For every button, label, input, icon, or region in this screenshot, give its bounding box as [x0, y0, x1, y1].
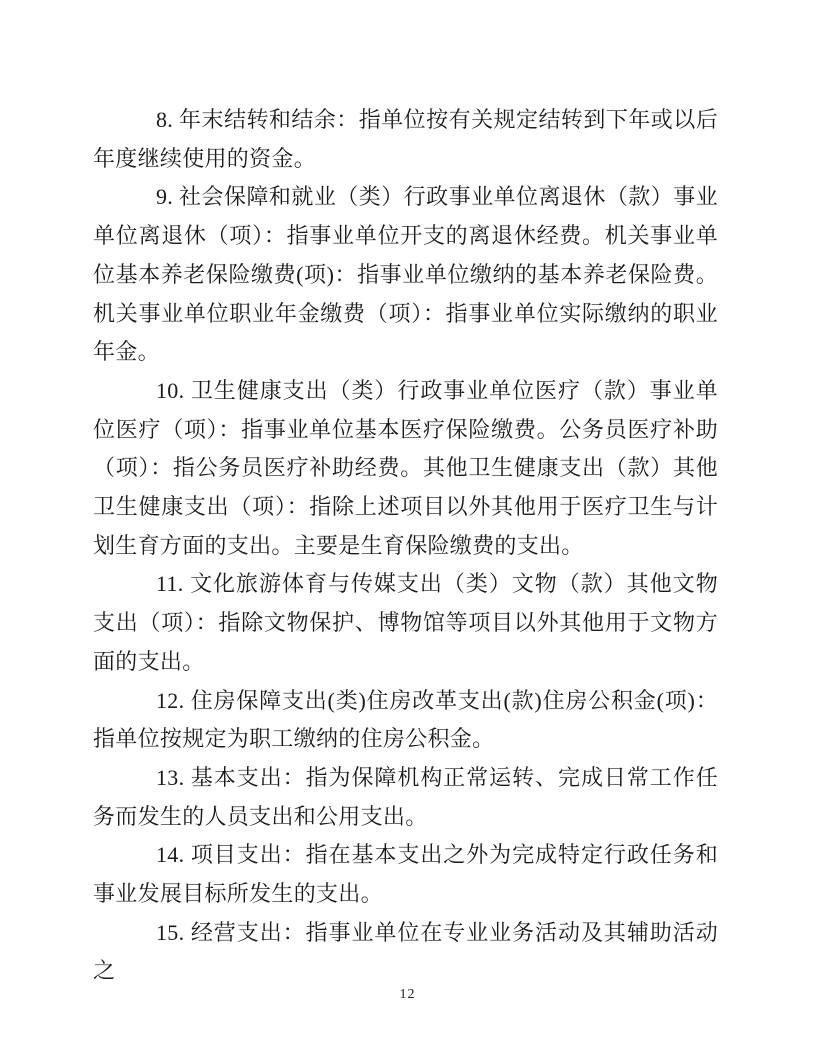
document-page: 8. 年末结转和结余：指单位按有关规定结转到下年或以后年度继续使用的资金。 9.… — [0, 0, 815, 1055]
paragraph-item-8: 8. 年末结转和结余：指单位按有关规定结转到下年或以后年度继续使用的资金。 — [93, 101, 718, 178]
document-body: 8. 年末结转和结余：指单位按有关规定结转到下年或以后年度继续使用的资金。 9.… — [93, 101, 718, 991]
page-number: 12 — [400, 987, 416, 1002]
paragraph-item-15: 15. 经营支出：指事业单位在专业业务活动及其辅助活动之 — [93, 914, 718, 991]
paragraph-item-13: 13. 基本支出：指为保障机构正常运转、完成日常工作任务而发生的人员支出和公用支… — [93, 759, 718, 836]
paragraph-item-14: 14. 项目支出：指在基本支出之外为完成特定行政任务和事业发展目标所发生的支出。 — [93, 836, 718, 913]
page-footer: 12 — [0, 985, 815, 1003]
paragraph-item-9: 9. 社会保障和就业（类）行政事业单位离退休（款）事业单位离退休（项）：指事业单… — [93, 178, 718, 372]
paragraph-item-12: 12. 住房保障支出(类)住房改革支出(款)住房公积金(项)：指单位按规定为职工… — [93, 682, 718, 759]
paragraph-item-10: 10. 卫生健康支出（类）行政事业单位医疗（款）事业单位医疗（项）：指事业单位基… — [93, 372, 718, 566]
paragraph-item-11: 11. 文化旅游体育与传媒支出（类）文物（款）其他文物支出（项）：指除文物保护、… — [93, 565, 718, 681]
